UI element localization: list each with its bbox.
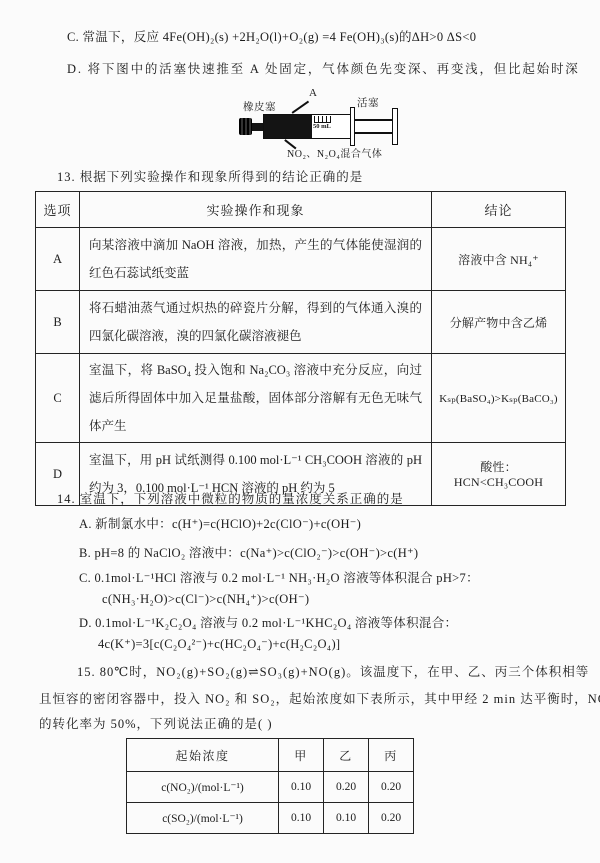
q14-stem: 14. 室温下，下列溶液中微粒的物质的量浓度关系正确的是 [57, 489, 404, 507]
q14-option-b: B. pH=8 的 NaClO₂ 溶液中：c(Na⁺)>c(ClO₂⁻)>c(O… [79, 543, 418, 561]
syringe-barrel: 50 mL [263, 114, 352, 139]
no2-bing-value: 0.20 [369, 772, 414, 803]
so2-row-label: c(SO₂)/(mol·L⁻¹) [127, 803, 279, 834]
header-bing: 丙 [369, 739, 414, 772]
q15-line1: 15. 80℃时，NO₂(g)+SO₂(g)⇌SO₃(g)+NO(g)。该温度下… [77, 662, 589, 680]
table-header-row: 选项 实验操作和现象 结论 [36, 192, 566, 228]
header-yi: 乙 [324, 739, 369, 772]
q14-option-c-line2: c(NH₃·H₂O)>c(Cl⁻)>c(NH₄⁺)>c(OH⁻) [102, 591, 309, 607]
syringe-diagram: 橡皮塞 A 活塞 50 mL NO₂、N₂O₄混合气体 [237, 88, 419, 160]
gas-label: NO₂、N₂O₄混合气体 [287, 145, 382, 160]
point-a-label: A [309, 87, 317, 99]
row-a-operation: 向某溶液中滴加 NaOH 溶液，加热，产生的气体能使湿润的红色石蕊试纸变蓝 [80, 228, 432, 291]
table-row: B 将石蜡油蒸气通过炽热的碎瓷片分解，得到的气体通入溴的四氯化碳溶液，溴的四氯化… [36, 291, 566, 354]
header-operation: 实验操作和现象 [80, 192, 432, 228]
q14-option-c-line1: C. 0.1mol·L⁻¹HCl 溶液与 0.2 mol·L⁻¹ NH₃·H₂O… [79, 568, 479, 586]
plunger-rod [355, 119, 392, 134]
row-c-option: C [36, 354, 80, 443]
so2-bing-value: 0.20 [369, 803, 414, 834]
q12-option-c: C. 常温下，反应 4Fe(OH)₂(s) +2H₂O(l)+O₂(g) =4 … [67, 27, 476, 45]
header-initial-concentration: 起始浓度 [127, 739, 279, 772]
piston-label: 活塞 [357, 95, 379, 110]
row-b-operation: 将石蜡油蒸气通过炽热的碎瓷片分解，得到的气体通入溴的四氯化碳溶液，溴的四氯化碳溶… [80, 291, 432, 354]
gas-region [264, 115, 312, 138]
row-c-conclusion: Kₛₚ(BaSO₄)>Kₛₚ(BaCO₃) [432, 354, 566, 443]
table-header-row: 起始浓度 甲 乙 丙 [127, 739, 414, 772]
header-option: 选项 [36, 192, 80, 228]
rubber-stopper-label: 橡皮塞 [243, 99, 276, 114]
table-row: c(NO₂)/(mol·L⁻¹) 0.10 0.20 0.20 [127, 772, 414, 803]
q15-line2: 且恒容的密闭容器中，投入 NO₂ 和 SO₂，起始浓度如下表所示，其中甲经 2 … [39, 689, 600, 707]
q12-option-d: D. 将下图中的活塞快速推至 A 处固定，气体颜色先变深、再变浅，但比起始时深 [67, 59, 580, 77]
table-row: A 向某溶液中滴加 NaOH 溶液，加热，产生的气体能使湿润的红色石蕊试纸变蓝 … [36, 228, 566, 291]
no2-yi-value: 0.20 [324, 772, 369, 803]
syringe-nozzle [252, 123, 263, 131]
exam-page: { "q12": { "option_c": "C. 常温下，反应 4Fe(OH… [0, 0, 600, 863]
header-jia: 甲 [279, 739, 324, 772]
point-a-leader-line [292, 101, 309, 114]
experiment-table: 选项 实验操作和现象 结论 A 向某溶液中滴加 NaOH 溶液，加热，产生的气体… [35, 191, 566, 506]
scale-ticks [314, 116, 331, 123]
row-a-option: A [36, 228, 80, 291]
concentration-table: 起始浓度 甲 乙 丙 c(NO₂)/(mol·L⁻¹) 0.10 0.20 0.… [126, 738, 414, 834]
header-conclusion: 结论 [432, 192, 566, 228]
row-d-conclusion: 酸性：HCN<CH₃COOH [432, 443, 566, 506]
q13-stem: 13. 根据下列实验操作和现象所得到的结论正确的是 [57, 167, 363, 185]
table-row: c(SO₂)/(mol·L⁻¹) 0.10 0.10 0.20 [127, 803, 414, 834]
q15-line3: 的转化率为 50%，下列说法正确的是( ) [39, 714, 273, 732]
row-a-conclusion: 溶液中含 NH₄⁺ [432, 228, 566, 291]
so2-yi-value: 0.10 [324, 803, 369, 834]
table-row: C 室温下，将 BaSO₄ 投入饱和 Na₂CO₃ 溶液中充分反应，向过滤后所得… [36, 354, 566, 443]
scale-label: 50 mL [313, 123, 331, 130]
row-b-option: B [36, 291, 80, 354]
q14-option-d-line1: D. 0.1mol·L⁻¹K₂C₂O₄ 溶液与 0.2 mol·L⁻¹KHC₂O… [79, 613, 457, 631]
no2-jia-value: 0.10 [279, 772, 324, 803]
row-b-conclusion: 分解产物中含乙烯 [432, 291, 566, 354]
so2-jia-value: 0.10 [279, 803, 324, 834]
row-c-operation: 室温下，将 BaSO₄ 投入饱和 Na₂CO₃ 溶液中充分反应，向过滤后所得固体… [80, 354, 432, 443]
q14-option-a: A. 新制氯水中：c(H⁺)=c(HClO)+2c(ClO⁻)+c(OH⁻) [79, 514, 361, 532]
plunger-handle [392, 108, 398, 145]
q14-option-d-line2: 4c(K⁺)=3[c(C₂O₄²⁻)+c(HC₂O₄⁻)+c(H₂C₂O₄)] [98, 636, 340, 652]
rubber-stopper [239, 118, 252, 135]
no2-row-label: c(NO₂)/(mol·L⁻¹) [127, 772, 279, 803]
